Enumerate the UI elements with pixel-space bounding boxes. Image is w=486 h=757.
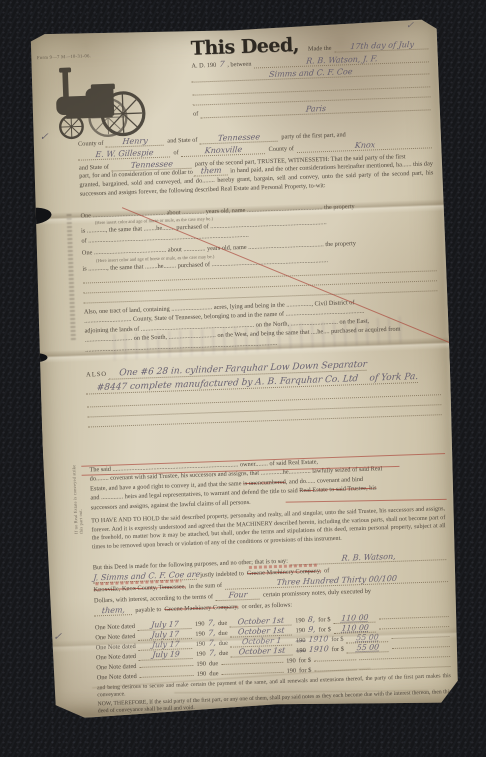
- printed-label: for $: [299, 657, 311, 664]
- printed-label: County of: [268, 145, 294, 153]
- notes-table: One Note dated July 17 190 7, due Octobe…: [95, 607, 451, 679]
- printed-label: due: [218, 630, 227, 637]
- printed-label: due: [209, 660, 218, 667]
- faint-vertical-margin-text: [66, 214, 75, 342]
- printed-year: 190: [195, 621, 205, 628]
- printed-year: 190: [195, 631, 205, 638]
- deed-header: This Deed, Made the 17th day of July A. …: [190, 31, 431, 121]
- printed-year: 190: [286, 657, 296, 664]
- handwritten-entry: them: [194, 166, 229, 176]
- handwritten-machinery-line: of York Pa.: [359, 372, 419, 385]
- torn-edge-notch: [25, 206, 53, 226]
- handwritten-year: 7,: [208, 649, 216, 657]
- printed-label: A. D. 190: [191, 62, 216, 70]
- printed-label: County of: [78, 140, 104, 148]
- handwritten-year: 7,: [207, 619, 215, 627]
- printed-text: payable to: [135, 606, 161, 614]
- printed-label: One Note dated: [96, 643, 136, 651]
- struck-printed-year: 190: [296, 637, 306, 644]
- struck-place-name: Knoxville, Knox County, Tennessee,: [93, 583, 186, 593]
- handwritten-date: 17th day of July: [334, 40, 429, 52]
- printed-label: due: [219, 650, 228, 657]
- deed-content: This Deed, Made the 17th day of July A. …: [74, 23, 451, 713]
- printed-label: for $: [331, 636, 343, 643]
- printed-label: , between: [227, 61, 251, 69]
- printed-year: 190: [197, 671, 207, 678]
- deed-document: Form 9—7 M—10-31-06. ✓ ✓ ✓: [28, 19, 462, 719]
- printed-label: for $: [318, 616, 330, 623]
- printed-label: One Note dated: [95, 633, 135, 641]
- handwritten-amount: 55 00: [347, 643, 390, 653]
- handwritten-county: Henry: [106, 137, 165, 148]
- printed-year: 190: [196, 641, 206, 648]
- covenant-section: The said ...............................…: [89, 453, 444, 513]
- handwritten-count: Four: [216, 591, 261, 602]
- printed-label: of: [193, 110, 198, 117]
- printed-text: party of the first part, and: [281, 128, 432, 140]
- printed-text: in the sum of: [189, 582, 222, 590]
- handwritten-year: 7,: [208, 639, 216, 647]
- photo-background: Form 9—7 M—10-31-06. ✓ ✓ ✓: [0, 0, 486, 757]
- printed-label: due: [218, 620, 227, 627]
- printed-label: for $: [318, 626, 330, 633]
- also-label: ALSO: [86, 371, 107, 379]
- printed-label: One Note dated: [95, 623, 135, 631]
- personal-property-section: One ....................................…: [80, 199, 437, 303]
- printed-year: 190: [295, 617, 305, 624]
- margin-check-icon: ✓: [53, 633, 62, 643]
- also-section: ALSO One #6 28 in. cylinder Farquhar Low…: [86, 357, 442, 427]
- handwritten-year: 7,: [208, 629, 216, 637]
- struck-printed-year: 190: [296, 647, 306, 654]
- printed-year: 190: [196, 651, 206, 658]
- struck-payee-name: Greene Machinery Company,: [164, 603, 238, 613]
- handwritten-entry: them,: [94, 606, 133, 616]
- handwritten-state: Tennessee: [200, 133, 279, 145]
- printed-label: Made the: [308, 45, 332, 53]
- struck-printed-text: is unencumbered: [243, 479, 286, 487]
- printed-label: One Note dated: [96, 653, 136, 661]
- blank-line: [359, 657, 451, 670]
- handwritten-year: 8,: [307, 616, 315, 624]
- handwritten-year: 7: [219, 61, 225, 69]
- torn-edge-notch: [33, 353, 47, 362]
- handwritten-year: 9,: [308, 626, 316, 634]
- handwritten-year: 1910: [308, 645, 329, 654]
- printed-label: and State of: [167, 137, 197, 145]
- printed-label: of: [173, 149, 178, 156]
- struck-payee-name: Greene Machinery Company,: [247, 567, 321, 577]
- struck-printed-text: Real Estate to said Trustee, his: [299, 485, 377, 495]
- printed-label: One Note dated: [97, 673, 137, 681]
- printed-label: of: [324, 563, 447, 574]
- printed-text: justly indebted to: [200, 570, 244, 579]
- handwritten-trustee: E. W. Gillespie: [78, 148, 171, 160]
- printed-label: for $: [332, 646, 344, 653]
- purposes-section: But this Deed is made for the following …: [93, 551, 449, 616]
- habendum-clause: TO HAVE AND TO HOLD the said described p…: [91, 505, 446, 552]
- printed-text: Dollars, with interest, according to the…: [94, 593, 213, 604]
- handwritten-date: [140, 675, 194, 678]
- handwritten-year: 1910: [308, 635, 329, 644]
- deed-title: This Deed,: [190, 36, 299, 59]
- printed-year: 190: [196, 661, 206, 668]
- printed-label: due: [219, 640, 228, 647]
- printed-paragraph: TO HAVE AND TO HOLD the said described p…: [91, 505, 446, 552]
- handwritten-town: Knoxville: [181, 145, 266, 157]
- printed-label: due: [209, 670, 218, 677]
- printed-year: 190: [295, 627, 305, 634]
- printed-label: One Note dated: [96, 663, 136, 671]
